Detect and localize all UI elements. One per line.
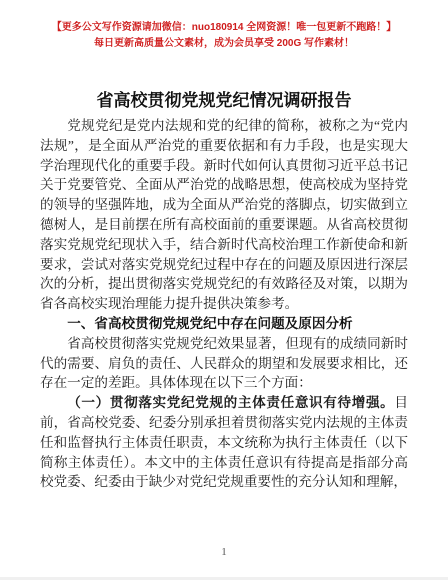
promo-banner: 【更多公文写作资源请加微信：nuo180914 全网资源！唯一包更新不跑路！】 … <box>0 20 448 52</box>
promo-line-2: 每日更新高质量公文素材，成为会员享受 200G 写作素材！ <box>0 36 448 52</box>
document-page: 【更多公文写作资源请加微信：nuo180914 全网资源！唯一包更新不跑路！】 … <box>0 0 448 580</box>
page-number: 1 <box>0 546 448 558</box>
document-title: 省高校贯彻党规党纪情况调研报告 <box>0 86 448 111</box>
promo-line-1: 【更多公文写作资源请加微信：nuo180914 全网资源！唯一包更新不跑路！】 <box>0 20 448 36</box>
paragraph-subpoint-1: （一）贯彻落实党纪党规的主体责任意识有待增强。目前，省高校党委、纪委分别承担着贯… <box>40 393 408 492</box>
subpoint-1-lead: （一）贯彻落实党纪党规的主体责任意识有待增强。 <box>67 395 394 410</box>
paragraph-intro: 党规党纪是党内法规和党的纪律的简称，被称之为“党内法规”，是全面从严治党的重要依… <box>40 116 408 314</box>
document-body: 党规党纪是党内法规和党的纪律的简称，被称之为“党内法规”，是全面从严治党的重要依… <box>40 116 408 492</box>
paragraph-section-overview: 省高校贯彻落实党规党纪效果显著，但现有的成绩同新时代的需要、肩负的责任、人民群众… <box>40 334 408 393</box>
section-heading-1: 一、省高校贯彻党规党纪中存在问题及原因分析 <box>40 314 408 334</box>
